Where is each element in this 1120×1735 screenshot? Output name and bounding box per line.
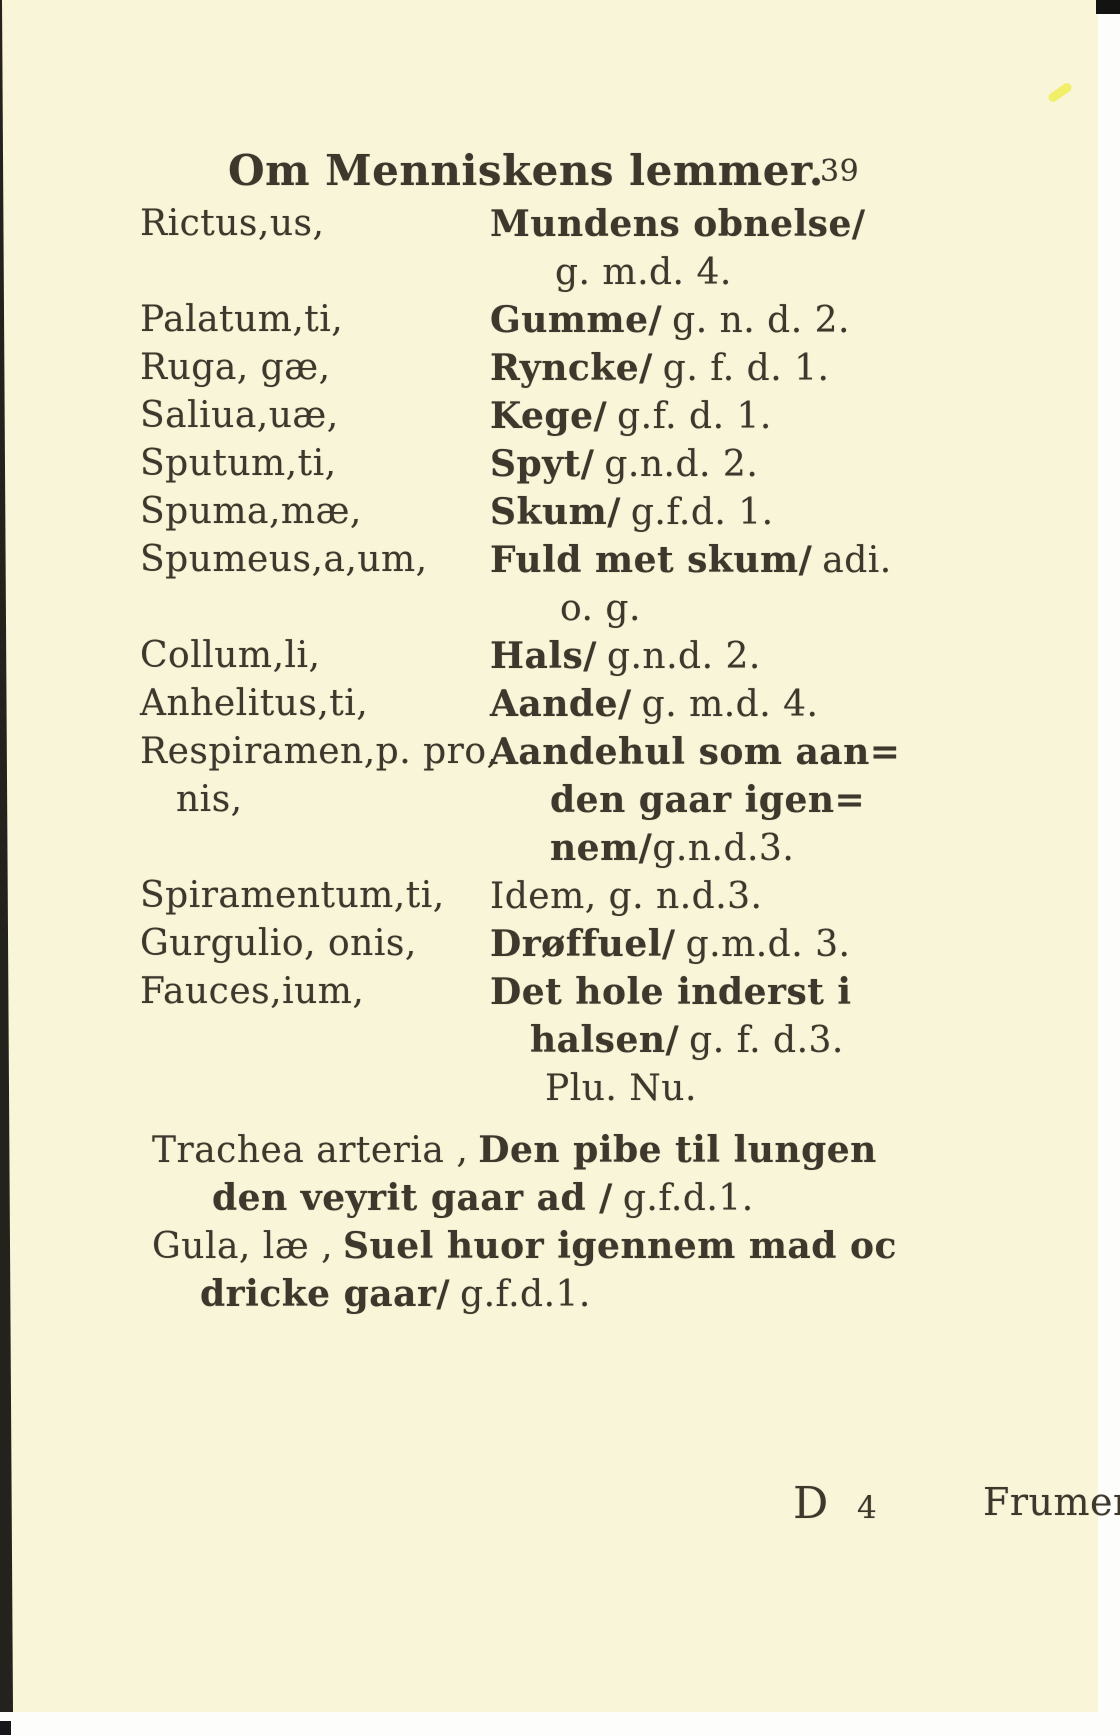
page-number: 39 [820, 154, 859, 189]
latin-term: Collum,li, [0, 632, 490, 680]
entry-line: dricke gaar/g.f.d.1. [0, 1270, 1098, 1318]
dictionary-entries: Rictus,us, Mundens obnelse/ g. m.d. 4. P… [0, 200, 1098, 1318]
danish-translation: Skum/ [490, 491, 621, 533]
latin-term: Anhelitus,ti, [0, 680, 490, 728]
latin-term: Spiramentum,ti, [0, 872, 490, 920]
latin-term [0, 248, 490, 296]
grammar-tag: g. f. d.3. [689, 1020, 844, 1061]
entry-line: den veyrit gaar ad /g.f.d.1. [0, 1174, 1098, 1222]
grammar-tag: g.n.d.3. [652, 828, 794, 869]
entry-row: Palatum,ti, Gumme/g. n. d. 2. [0, 296, 1098, 344]
grammar-tag: g. m.d. 4. [555, 252, 732, 293]
grammar-tag: Plu. Nu. [545, 1068, 697, 1109]
danish-translation: Aandehul som aan= [490, 731, 900, 773]
entry-line: Trachea arteria ,Den pibe til lungen [0, 1126, 1098, 1174]
entry-row: Fauces,ium, Det hole inderst i [0, 968, 1098, 1016]
danish-translation: Det hole inderst i [490, 971, 852, 1013]
danish-translation: Ryncke/ [490, 347, 653, 389]
grammar-tag: adi. [822, 540, 891, 581]
danish-translation: Den pibe til lungen [478, 1129, 877, 1171]
entry-row: Respiramen,p. pro, Aandehul som aan= [0, 728, 1098, 776]
latin-term: Spumeus,a,um, [0, 536, 490, 584]
latin-term [0, 1064, 490, 1112]
latin-term [0, 584, 490, 632]
latin-term [0, 1016, 490, 1064]
danish-translation: Gumme/ [490, 299, 662, 341]
grammar-tag: g.f.d.1. [460, 1274, 591, 1315]
grammar-tag: g.n.d. 2. [607, 636, 761, 677]
danish-translation: Kege/ [490, 395, 607, 437]
scan-bottom-mark [0, 1721, 11, 1735]
danish-translation: den veyrit gaar ad / [212, 1177, 613, 1219]
entry-row: Collum,li, Hals/g.n.d. 2. [0, 632, 1098, 680]
running-head: Om Menniskens lemmer. 39 [0, 146, 1098, 206]
entry-row: Rictus,us, Mundens obnelse/ [0, 200, 1098, 248]
grammar-tag: g.f.d. 1. [631, 492, 774, 533]
danish-translation: Spyt/ [490, 443, 594, 485]
danish-translation: Hals/ [490, 635, 597, 677]
grammar-tag: o. g. [560, 588, 641, 629]
entry-row: Plu. Nu. [0, 1064, 1098, 1112]
grammar-tag: g.m.d. 3. [686, 924, 851, 965]
entry-row: g. m.d. 4. [0, 248, 1098, 296]
entry-row: Anhelitus,ti, Aande/g. m.d. 4. [0, 680, 1098, 728]
danish-translation: Aande/ [490, 683, 632, 725]
latin-term [0, 824, 490, 872]
entry-row: Ruga, gæ, Ryncke/g. f. d. 1. [0, 344, 1098, 392]
entry-row: Spumeus,a,um, Fuld met skum/adi. [0, 536, 1098, 584]
latin-term: Trachea arteria , [152, 1130, 468, 1171]
latin-term: Rictus,us, [0, 200, 490, 248]
danish-translation: Suel huor igennem mad oc [343, 1225, 897, 1267]
latin-term: Gula, læ , [152, 1226, 333, 1267]
latin-term: Saliua,uæ, [0, 392, 490, 440]
danish-translation: Mundens obnelse/ [490, 203, 866, 245]
entry-row: Sputum,ti, Spyt/g.n.d. 2. [0, 440, 1098, 488]
danish-translation: Drøffuel/ [490, 923, 676, 965]
entry-row: Gurgulio, onis, Drøffuel/g.m.d. 3. [0, 920, 1098, 968]
scanned-book-page: Om Menniskens lemmer. 39 Rictus,us, Mund… [0, 0, 1120, 1735]
danish-translation: halsen/ [530, 1019, 679, 1061]
signature-number: 4 [857, 1490, 877, 1526]
entry-row: Spiramentum,ti, Idem, g. n.d.3. [0, 872, 1098, 920]
entry-row: Saliua,uæ, Kege/g.f. d. 1. [0, 392, 1098, 440]
catchword: Frumen: [983, 1480, 1120, 1524]
grammar-tag: g.f.d.1. [623, 1178, 754, 1219]
latin-term: Gurgulio, onis, [0, 920, 490, 968]
grammar-tag: g.f. d. 1. [617, 396, 772, 437]
entry-line: Gula, læ ,Suel huor igennem mad oc [0, 1222, 1098, 1270]
grammar-tag: g. n. d. 2. [672, 300, 850, 341]
danish-translation: dricke gaar/ [200, 1273, 450, 1315]
page-title: Om Menniskens lemmer. [228, 146, 824, 195]
entry-row: o. g. [0, 584, 1098, 632]
signature-line: D 4 Frumen: [0, 1478, 1098, 1548]
entry-row: Spuma,mæ, Skum/g.f.d. 1. [0, 488, 1098, 536]
grammar-tag: g. m.d. 4. [642, 684, 819, 725]
signature-letter: D [793, 1478, 829, 1529]
grammar-tag: g.n.d. 2. [604, 444, 758, 485]
latin-term: Spuma,mæ, [0, 488, 490, 536]
latin-term: Ruga, gæ, [0, 344, 490, 392]
latin-term: Respiramen,p. pro, [0, 728, 490, 776]
latin-term: nis, [0, 776, 490, 824]
latin-term: Sputum,ti, [0, 440, 490, 488]
scan-corner-mark [1096, 0, 1120, 14]
danish-translation: nem/ [550, 827, 652, 869]
grammar-tag: Idem, g. n.d.3. [490, 876, 763, 917]
latin-term: Palatum,ti, [0, 296, 490, 344]
danish-translation: Fuld met skum/ [490, 539, 812, 581]
danish-translation: den gaar igen= [550, 779, 865, 821]
entry-row: nem/g.n.d.3. [0, 824, 1098, 872]
entry-row: halsen/g. f. d.3. [0, 1016, 1098, 1064]
grammar-tag: g. f. d. 1. [663, 348, 830, 389]
entry-row: nis, den gaar igen= [0, 776, 1098, 824]
latin-term: Fauces,ium, [0, 968, 490, 1016]
